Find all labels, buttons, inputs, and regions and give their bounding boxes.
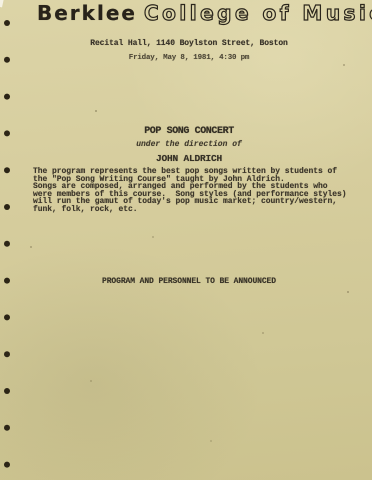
program-description: The program represents the best pop song…: [33, 168, 353, 213]
description-line: funk, folk, rock, etc.: [33, 206, 353, 214]
typed-content: Recital Hall, 1140 Boylston Street, Bost…: [16, 0, 362, 480]
venue-line: Recital Hall, 1140 Boylston Street, Bost…: [16, 39, 362, 48]
concert-program-page: Berklee College of Music Recital Hall, 1…: [0, 0, 372, 480]
announcement-line: PROGRAM AND PERSONNEL TO BE ANNOUNCED: [16, 277, 362, 286]
direction-subtitle: under the direction of: [16, 140, 362, 149]
scan-corner-artifact: [0, 0, 4, 7]
concert-title: POP SONG CONCERT: [16, 126, 362, 137]
date-time-line: Friday, May 8, 1981, 4:30 pm: [16, 54, 362, 62]
binder-holes: [4, 20, 10, 26]
director-name: JOHN ALDRICH: [16, 153, 362, 164]
